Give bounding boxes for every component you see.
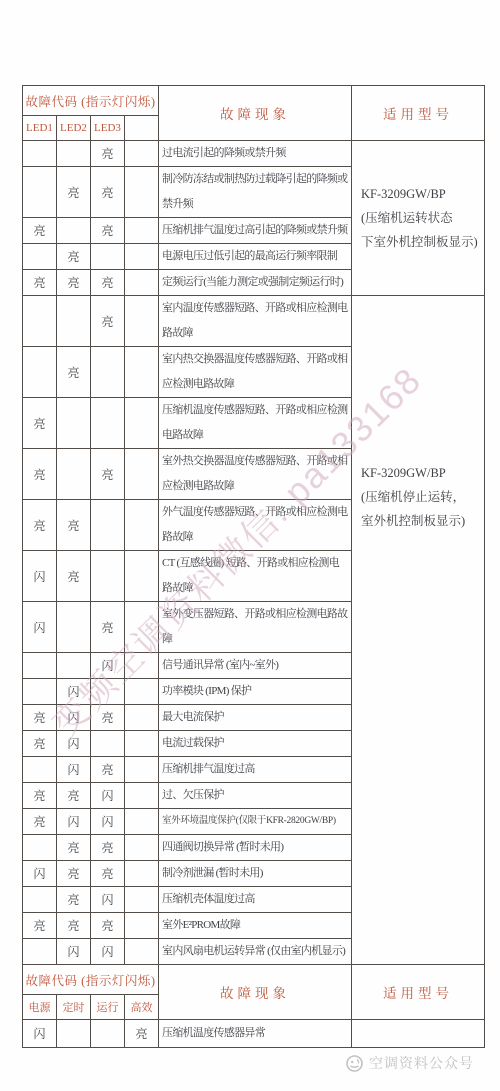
fault-text-cell: 制冷剂泄漏 (暂时未用) — [159, 861, 352, 887]
indicator-state-cell — [23, 244, 57, 270]
indicator-state-cell: 亮 — [57, 913, 91, 939]
fault-text-cell: CT (互感线圈) 短路、开路或相应检测电路故障 — [159, 551, 352, 602]
indicator-state-cell: 亮 — [23, 270, 57, 296]
indicator-state-cell: 亮 — [57, 270, 91, 296]
indicator-state-cell — [125, 757, 159, 783]
indicator-state-cell: 闪 — [23, 602, 57, 653]
indicator-state-cell: 闪 — [91, 653, 125, 679]
model-cell: KF-3209GW/BP(压缩机运转状态下室外机控制板显示) — [352, 141, 485, 296]
indicator-state-cell — [91, 347, 125, 398]
indicator-state-cell — [57, 218, 91, 244]
indicator-state-cell: 亮 — [23, 398, 57, 449]
fault-phenomenon-header: 故障现象 — [159, 965, 352, 1020]
fault-code-group-header: 故障代码 (指示灯闪烁) — [23, 965, 159, 995]
indicator-state-cell — [23, 167, 57, 218]
fault-code-group-header: 故障代码 (指示灯闪烁) — [23, 86, 159, 116]
indicator-state-cell — [125, 679, 159, 705]
indicator-state-cell — [125, 835, 159, 861]
fault-text-cell: 室内热交换器温度传感器短路、开路或相应检测电路故障 — [159, 347, 352, 398]
fault-table-1: 故障代码 (指示灯闪烁)故障现象适用型号LED1LED2LED3亮过电流引起的降… — [22, 85, 485, 965]
indicator-state-cell: 亮 — [91, 218, 125, 244]
indicator-state-cell: 亮 — [57, 244, 91, 270]
indicator-state-cell — [57, 602, 91, 653]
indicator-state-cell — [125, 167, 159, 218]
fault-text-cell: 室外环境温度保护(仅限于KFR-2820GW/BP) — [159, 809, 352, 835]
indicator-state-cell: 闪 — [57, 939, 91, 965]
indicator-column-header-3 — [125, 116, 159, 141]
indicator-state-cell: 闪 — [23, 1020, 57, 1048]
indicator-state-cell — [23, 141, 57, 167]
indicator-state-cell: 闪 — [57, 757, 91, 783]
indicator-column-header-2: LED3 — [91, 116, 125, 141]
applicable-model-header: 适用型号 — [352, 965, 485, 1020]
indicator-state-cell — [125, 705, 159, 731]
model-line: 下室外机控制板显示) — [361, 230, 480, 254]
indicator-state-cell — [91, 679, 125, 705]
indicator-state-cell: 亮 — [23, 913, 57, 939]
indicator-state-cell: 闪 — [23, 861, 57, 887]
model-line: (压缩机运转状态 — [361, 206, 480, 230]
indicator-state-cell — [91, 1020, 125, 1048]
footer-label: 空调资料公众号 — [369, 1053, 474, 1073]
indicator-state-cell: 亮 — [57, 783, 91, 809]
indicator-state-cell — [125, 731, 159, 757]
indicator-state-cell: 亮 — [57, 551, 91, 602]
indicator-state-cell — [91, 244, 125, 270]
indicator-state-cell — [125, 887, 159, 913]
indicator-column-header-2: 运行 — [91, 995, 125, 1020]
fault-text-cell: 制冷防冻结或制热防过载降引起的降频或禁升频 — [159, 167, 352, 218]
indicator-state-cell — [125, 449, 159, 500]
indicator-column-header-0: 电源 — [23, 995, 57, 1020]
fault-text-cell: 外气温度传感器短路、开路或相应检测电路故障 — [159, 500, 352, 551]
page-root: 故障代码 (指示灯闪烁)故障现象适用型号LED1LED2LED3亮过电流引起的降… — [0, 0, 500, 1091]
indicator-state-cell: 闪 — [91, 783, 125, 809]
fault-text-cell: 功率模块 (IPM) 保护 — [159, 679, 352, 705]
fault-text-cell: 压缩机排气温度过高 — [159, 757, 352, 783]
indicator-column-header-1: LED2 — [57, 116, 91, 141]
indicator-state-cell — [125, 551, 159, 602]
fault-text-cell: 压缩机排气温度过高引起的降频或禁升频 — [159, 218, 352, 244]
fault-text-cell: 过电流引起的降频或禁升频 — [159, 141, 352, 167]
indicator-state-cell: 闪 — [91, 887, 125, 913]
fault-row: 闪亮压缩机温度传感器异常 — [23, 1020, 485, 1048]
indicator-state-cell — [57, 296, 91, 347]
indicator-state-cell — [57, 449, 91, 500]
indicator-state-cell: 闪 — [57, 705, 91, 731]
indicator-state-cell: 亮 — [57, 500, 91, 551]
indicator-state-cell: 亮 — [23, 449, 57, 500]
indicator-state-cell: 亮 — [91, 861, 125, 887]
indicator-state-cell: 亮 — [23, 783, 57, 809]
indicator-state-cell: 亮 — [57, 347, 91, 398]
fault-text-cell: 室外变压器短路、开路或相应检测电路故障 — [159, 602, 352, 653]
indicator-state-cell — [125, 244, 159, 270]
model-line: KF-3209GW/BP — [361, 461, 480, 485]
indicator-state-cell — [125, 296, 159, 347]
fault-phenomenon-header: 故障现象 — [159, 86, 352, 141]
fault-text-cell: 压缩机温度传感器异常 — [159, 1020, 352, 1048]
indicator-state-cell: 亮 — [23, 705, 57, 731]
indicator-state-cell — [125, 347, 159, 398]
indicator-column-header-1: 定时 — [57, 995, 91, 1020]
indicator-state-cell: 亮 — [125, 1020, 159, 1048]
fault-text-cell: 室内温度传感器短路、开路或相应检测电路故障 — [159, 296, 352, 347]
wechat-footer: 空调资料公众号 — [345, 1053, 474, 1073]
fault-text-cell: 压缩机壳体温度过高 — [159, 887, 352, 913]
fault-row: 亮过电流引起的降频或禁升频KF-3209GW/BP(压缩机运转状态下室外机控制板… — [23, 141, 485, 167]
indicator-state-cell: 闪 — [91, 809, 125, 835]
indicator-state-cell — [125, 398, 159, 449]
fault-text-cell: 最大电流保护 — [159, 705, 352, 731]
header-row-group: 故障代码 (指示灯闪烁)故障现象适用型号 — [23, 86, 485, 116]
fault-text-cell: 电流过载保护 — [159, 731, 352, 757]
indicator-state-cell — [125, 500, 159, 551]
indicator-state-cell — [125, 602, 159, 653]
indicator-state-cell — [57, 1020, 91, 1048]
indicator-state-cell — [23, 887, 57, 913]
fault-text-cell: 室内风扇电机运转异常 (仅由室内机显示) — [159, 939, 352, 965]
indicator-state-cell — [125, 218, 159, 244]
indicator-state-cell: 闪 — [57, 679, 91, 705]
indicator-state-cell — [57, 141, 91, 167]
indicator-state-cell — [125, 913, 159, 939]
indicator-state-cell: 亮 — [91, 449, 125, 500]
model-cell — [352, 1020, 485, 1048]
model-line: KF-3209GW/BP — [361, 182, 480, 206]
indicator-state-cell — [91, 731, 125, 757]
indicator-state-cell: 亮 — [91, 270, 125, 296]
model-line: 室外机控制板显示) — [361, 509, 480, 533]
indicator-state-cell — [23, 939, 57, 965]
indicator-state-cell: 亮 — [57, 167, 91, 218]
fault-text-cell: 四通阀切换异常 (暂时未用) — [159, 835, 352, 861]
indicator-state-cell: 亮 — [57, 861, 91, 887]
fault-text-cell: 室外E²PROM故障 — [159, 913, 352, 939]
indicator-state-cell: 亮 — [91, 167, 125, 218]
indicator-state-cell: 闪 — [91, 939, 125, 965]
indicator-state-cell: 亮 — [23, 731, 57, 757]
indicator-column-header-3: 高效 — [125, 995, 159, 1020]
indicator-state-cell — [23, 835, 57, 861]
indicator-state-cell: 闪 — [57, 731, 91, 757]
indicator-state-cell: 亮 — [91, 296, 125, 347]
indicator-state-cell: 亮 — [91, 757, 125, 783]
indicator-state-cell — [91, 398, 125, 449]
indicator-state-cell: 亮 — [91, 141, 125, 167]
indicator-state-cell — [91, 500, 125, 551]
indicator-state-cell — [91, 551, 125, 602]
indicator-state-cell: 亮 — [91, 835, 125, 861]
aircon-logo-icon — [345, 1054, 364, 1073]
indicator-column-header-0: LED1 — [23, 116, 57, 141]
indicator-state-cell — [23, 347, 57, 398]
applicable-model-header: 适用型号 — [352, 86, 485, 141]
fault-row: 亮室内温度传感器短路、开路或相应检测电路故障KF-3209GW/BP(压缩机停止… — [23, 296, 485, 347]
indicator-state-cell: 亮 — [91, 602, 125, 653]
indicator-state-cell: 亮 — [57, 887, 91, 913]
model-line: (压缩机停止运转， — [361, 485, 480, 509]
fault-table-2: 故障代码 (指示灯闪烁)故障现象适用型号电源定时运行高效闪亮压缩机温度传感器异常 — [22, 964, 485, 1048]
indicator-state-cell: 闪 — [57, 809, 91, 835]
fault-text-cell: 电源电压过低引起的最高运行频率限制 — [159, 244, 352, 270]
indicator-state-cell: 亮 — [23, 218, 57, 244]
indicator-state-cell — [125, 861, 159, 887]
model-cell: KF-3209GW/BP(压缩机停止运转，室外机控制板显示) — [352, 296, 485, 965]
indicator-state-cell: 闪 — [23, 551, 57, 602]
fault-tables-container: 故障代码 (指示灯闪烁)故障现象适用型号LED1LED2LED3亮过电流引起的降… — [22, 85, 486, 1048]
fault-text-cell: 定频运行(当能力测定或强制定频运行时) — [159, 270, 352, 296]
indicator-state-cell — [23, 757, 57, 783]
fault-text-cell: 压缩机温度传感器短路、开路或相应检测电路故障 — [159, 398, 352, 449]
indicator-state-cell — [125, 939, 159, 965]
indicator-state-cell — [57, 398, 91, 449]
fault-text-cell: 信号通讯异常 (室内~室外) — [159, 653, 352, 679]
indicator-state-cell — [57, 653, 91, 679]
indicator-state-cell — [23, 653, 57, 679]
indicator-state-cell — [125, 270, 159, 296]
header-row-group: 故障代码 (指示灯闪烁)故障现象适用型号 — [23, 965, 485, 995]
fault-text-cell: 过、欠压保护 — [159, 783, 352, 809]
indicator-state-cell — [125, 809, 159, 835]
fault-text-cell: 室外热交换器温度传感器短路、开路或相应检测电路故障 — [159, 449, 352, 500]
indicator-state-cell: 亮 — [23, 500, 57, 551]
indicator-state-cell: 亮 — [91, 705, 125, 731]
indicator-state-cell — [125, 783, 159, 809]
indicator-state-cell — [23, 296, 57, 347]
indicator-state-cell — [125, 141, 159, 167]
indicator-state-cell: 亮 — [91, 913, 125, 939]
indicator-state-cell — [125, 653, 159, 679]
indicator-state-cell — [23, 679, 57, 705]
indicator-state-cell: 亮 — [23, 809, 57, 835]
indicator-state-cell: 亮 — [57, 835, 91, 861]
